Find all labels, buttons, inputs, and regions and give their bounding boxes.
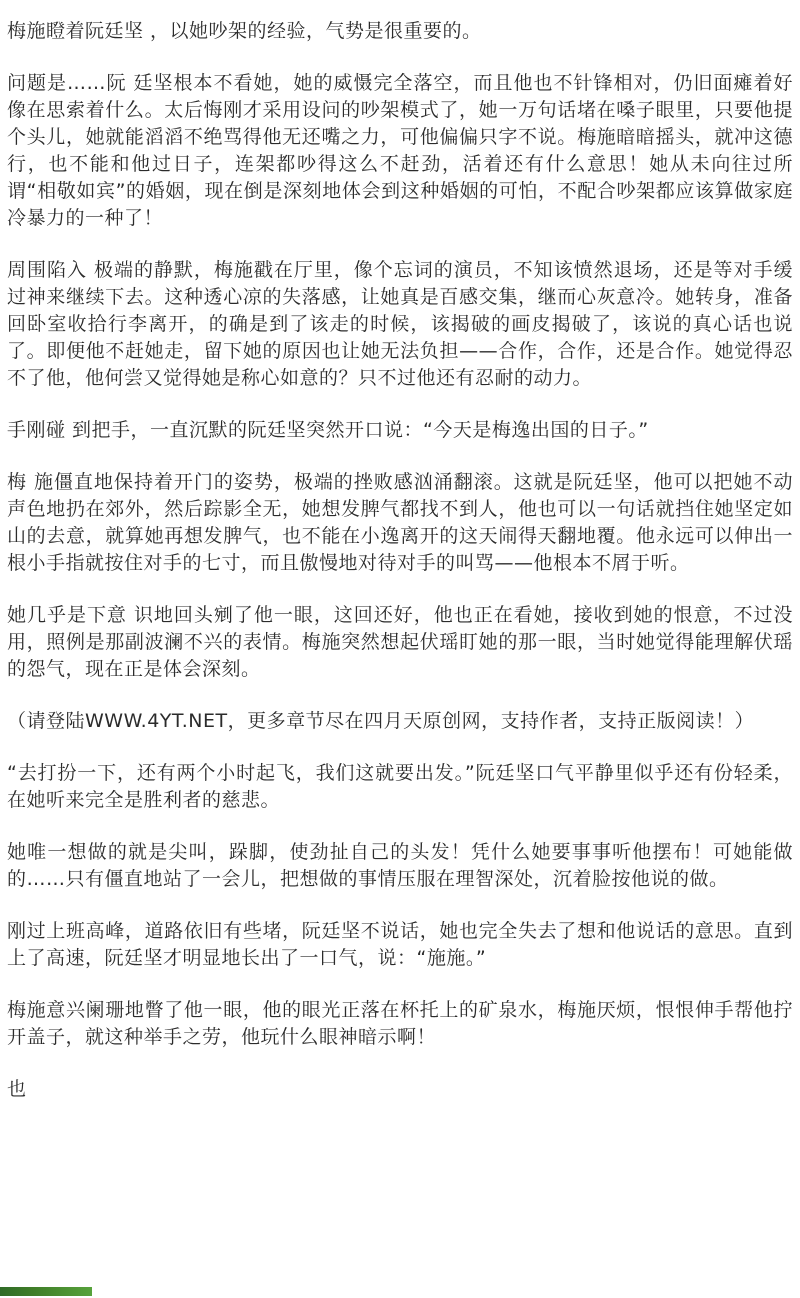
paragraph: 也 <box>7 1076 793 1103</box>
paragraph: “去打扮一下，还有两个小时起飞，我们这就要出发。”阮廷坚口气平静里似乎还有份轻柔… <box>7 760 793 814</box>
text-area: 梅施瞪着阮廷坚 ，以她吵架的经验，气势是很重要的。 问题是……阮 廷坚根本不看她… <box>7 18 793 1103</box>
reading-progress-bar <box>0 1287 92 1296</box>
paragraph: 周围陷入 极端的静默，梅施戳在厅里，像个忘词的演员，不知该愤然退场，还是等对手缓… <box>7 257 793 392</box>
paragraph: 手刚碰 到把手，一直沉默的阮廷坚突然开口说：“今天是梅逸出国的日子。” <box>7 417 793 444</box>
paragraph: 梅 施僵直地保持着开门的姿势，极端的挫败感汹涌翻滚。这就是阮廷坚，他可以把她不动… <box>7 469 793 577</box>
paragraph: 刚过上班高峰，道路依旧有些堵，阮廷坚不说话，她也完全失去了想和他说话的意思。直到… <box>7 918 793 972</box>
paragraph: 梅施意兴阑珊地瞥了他一眼，他的眼光正落在杯托上的矿泉水，梅施厌烦，恨恨伸手帮他拧… <box>7 997 793 1051</box>
document-page: 梅施瞪着阮廷坚 ，以她吵架的经验，气势是很重要的。 问题是……阮 廷坚根本不看她… <box>0 0 800 1298</box>
paragraph: 问题是……阮 廷坚根本不看她，她的威慑完全落空，而且他也不针锋相对，仍旧面瘫着好… <box>7 70 793 232</box>
paragraph: 她唯一想做的就是尖叫，跺脚，使劲扯自己的头发！凭什么她要事事听他摆布！可她能做的… <box>7 839 793 893</box>
paragraph: 她几乎是下意 识地回头剜了他一眼，这回还好，他也正在看她，接收到她的恨意，不过没… <box>7 602 793 683</box>
paragraph: 梅施瞪着阮廷坚 ，以她吵架的经验，气势是很重要的。 <box>7 18 793 45</box>
paragraph: （请登陆WWW.4YT.NET，更多章节尽在四月天原创网，支持作者，支持正版阅读… <box>7 708 793 735</box>
